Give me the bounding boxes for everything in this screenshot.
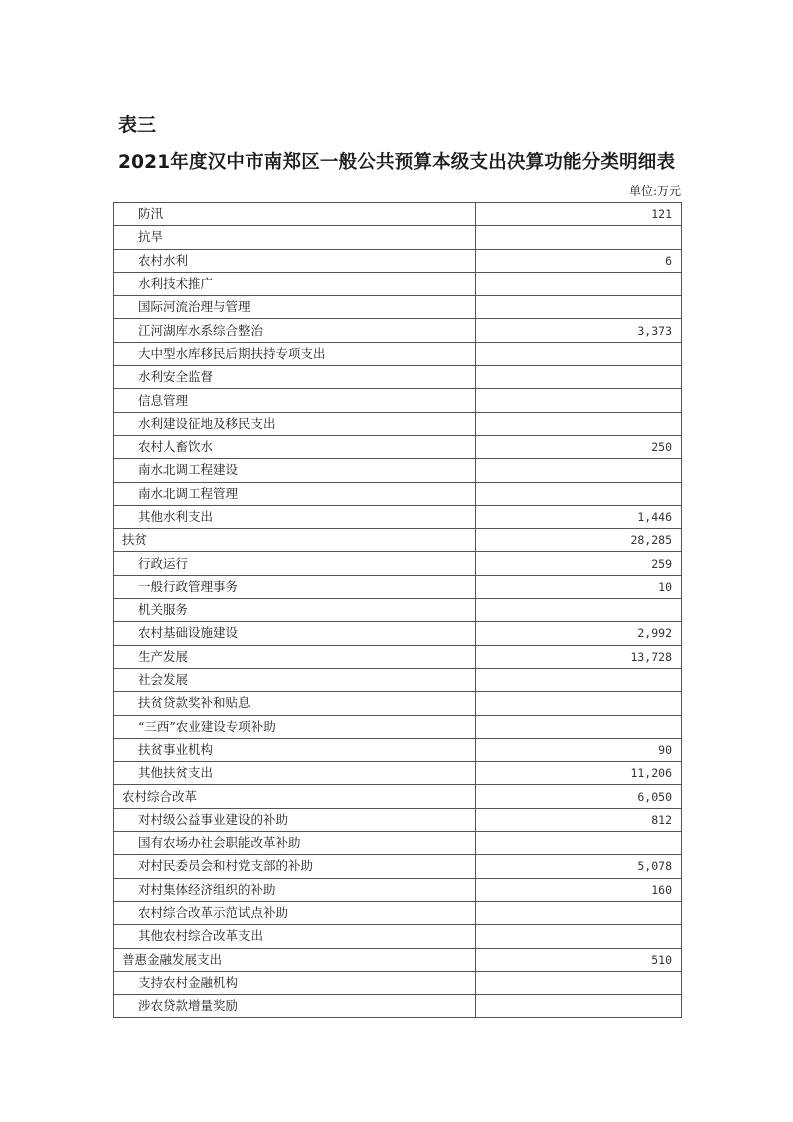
table-row: 支持农村金融机构 bbox=[114, 971, 682, 994]
amount-cell: 11,206 bbox=[476, 762, 682, 785]
amount-cell bbox=[476, 226, 682, 249]
category-name: 行政运行 bbox=[114, 553, 188, 575]
category-name: 信息管理 bbox=[114, 390, 188, 412]
category-cell: 扶贫 bbox=[114, 529, 476, 552]
table-row: 信息管理 bbox=[114, 389, 682, 412]
category-cell: 农村水利 bbox=[114, 249, 476, 272]
table-row: 南水北调工程建设 bbox=[114, 459, 682, 482]
category-name: 水利安全监督 bbox=[114, 366, 213, 388]
category-name: 水利技术推广 bbox=[114, 273, 213, 295]
table-row: 生产发展13,728 bbox=[114, 645, 682, 668]
category-cell: 社会发展 bbox=[114, 668, 476, 691]
category-name: 农村水利 bbox=[114, 250, 188, 272]
table-row: 涉农贷款增量奖励 bbox=[114, 995, 682, 1018]
category-cell: 其他水利支出 bbox=[114, 505, 476, 528]
table-row: 一般行政管理事务10 bbox=[114, 575, 682, 598]
table-row: 农村综合改革6,050 bbox=[114, 785, 682, 808]
amount-cell bbox=[476, 995, 682, 1018]
category-name: 农村综合改革示范试点补助 bbox=[114, 902, 288, 924]
amount-cell bbox=[476, 342, 682, 365]
amount-cell: 90 bbox=[476, 738, 682, 761]
category-cell: “三西”农业建设专项补助 bbox=[114, 715, 476, 738]
category-name: 南水北调工程建设 bbox=[114, 459, 238, 481]
amount-cell: 6,050 bbox=[476, 785, 682, 808]
category-cell: 其他扶贫支出 bbox=[114, 762, 476, 785]
category-cell: 扶贫事业机构 bbox=[114, 738, 476, 761]
table-row: 扶贫28,285 bbox=[114, 529, 682, 552]
category-name: 扶贫 bbox=[114, 529, 147, 551]
table-row: 国有农场办社会职能改革补助 bbox=[114, 832, 682, 855]
category-cell: 涉农贷款增量奖励 bbox=[114, 995, 476, 1018]
category-name: 机关服务 bbox=[114, 599, 188, 621]
amount-cell bbox=[476, 971, 682, 994]
table-row: 南水北调工程管理 bbox=[114, 482, 682, 505]
category-cell: 扶贫贷款奖补和贴息 bbox=[114, 692, 476, 715]
table-row: 社会发展 bbox=[114, 668, 682, 691]
amount-cell: 28,285 bbox=[476, 529, 682, 552]
amount-cell bbox=[476, 296, 682, 319]
expenditure-table: 防汛121抗旱农村水利6水利技术推广国际河流治理与管理江河湖库水系综合整治3,3… bbox=[113, 202, 682, 1018]
amount-cell bbox=[476, 925, 682, 948]
amount-cell bbox=[476, 482, 682, 505]
amount-cell bbox=[476, 901, 682, 924]
amount-cell bbox=[476, 412, 682, 435]
category-name: 对村集体经济组织的补助 bbox=[114, 879, 276, 901]
amount-cell bbox=[476, 389, 682, 412]
table-row: “三西”农业建设专项补助 bbox=[114, 715, 682, 738]
amount-cell bbox=[476, 366, 682, 389]
amount-cell: 510 bbox=[476, 948, 682, 971]
table-row: 行政运行259 bbox=[114, 552, 682, 575]
category-cell: 普惠金融发展支出 bbox=[114, 948, 476, 971]
category-cell: 农村综合改革 bbox=[114, 785, 476, 808]
amount-cell: 3,373 bbox=[476, 319, 682, 342]
table-row: 其他扶贫支出11,206 bbox=[114, 762, 682, 785]
category-name: 对村民委员会和村党支部的补助 bbox=[114, 855, 313, 877]
category-name: 水利建设征地及移民支出 bbox=[114, 413, 276, 435]
category-name: “三西”农业建设专项补助 bbox=[114, 716, 276, 738]
category-cell: 行政运行 bbox=[114, 552, 476, 575]
category-name: 国有农场办社会职能改革补助 bbox=[114, 832, 301, 854]
table-row: 抗旱 bbox=[114, 226, 682, 249]
category-cell: 对村集体经济组织的补助 bbox=[114, 878, 476, 901]
category-name: 农村人畜饮水 bbox=[114, 436, 213, 458]
amount-cell bbox=[476, 692, 682, 715]
category-name: 农村综合改革 bbox=[114, 786, 197, 808]
category-cell: 抗旱 bbox=[114, 226, 476, 249]
category-name: 江河湖库水系综合整治 bbox=[114, 320, 263, 342]
category-cell: 水利建设征地及移民支出 bbox=[114, 412, 476, 435]
category-name: 其他水利支出 bbox=[114, 506, 213, 528]
category-name: 防汛 bbox=[114, 203, 163, 225]
table-row: 对村集体经济组织的补助160 bbox=[114, 878, 682, 901]
table-row: 大中型水库移民后期扶持专项支出 bbox=[114, 342, 682, 365]
unit-label: 单位:万元 bbox=[629, 182, 681, 199]
table-row: 防汛121 bbox=[114, 203, 682, 226]
category-cell: 信息管理 bbox=[114, 389, 476, 412]
amount-cell bbox=[476, 459, 682, 482]
category-cell: 生产发展 bbox=[114, 645, 476, 668]
table-row: 水利安全监督 bbox=[114, 366, 682, 389]
category-cell: 农村基础设施建设 bbox=[114, 622, 476, 645]
category-name: 扶贫贷款奖补和贴息 bbox=[114, 692, 251, 714]
category-cell: 水利技术推广 bbox=[114, 272, 476, 295]
category-cell: 农村人畜饮水 bbox=[114, 435, 476, 458]
table-row: 国际河流治理与管理 bbox=[114, 296, 682, 319]
table-row: 扶贫事业机构90 bbox=[114, 738, 682, 761]
category-name: 国际河流治理与管理 bbox=[114, 296, 251, 318]
table-row: 江河湖库水系综合整治3,373 bbox=[114, 319, 682, 342]
amount-cell: 259 bbox=[476, 552, 682, 575]
category-cell: 南水北调工程建设 bbox=[114, 459, 476, 482]
category-cell: 江河湖库水系综合整治 bbox=[114, 319, 476, 342]
category-name: 对村级公益事业建设的补助 bbox=[114, 809, 288, 831]
category-cell: 农村综合改革示范试点补助 bbox=[114, 901, 476, 924]
category-cell: 一般行政管理事务 bbox=[114, 575, 476, 598]
amount-cell: 121 bbox=[476, 203, 682, 226]
table-row: 对村民委员会和村党支部的补助5,078 bbox=[114, 855, 682, 878]
category-cell: 国际河流治理与管理 bbox=[114, 296, 476, 319]
category-cell: 南水北调工程管理 bbox=[114, 482, 476, 505]
category-cell: 对村民委员会和村党支部的补助 bbox=[114, 855, 476, 878]
table-row: 普惠金融发展支出510 bbox=[114, 948, 682, 971]
category-name: 其他农村综合改革支出 bbox=[114, 925, 263, 947]
amount-cell bbox=[476, 668, 682, 691]
category-name: 扶贫事业机构 bbox=[114, 739, 213, 761]
category-cell: 大中型水库移民后期扶持专项支出 bbox=[114, 342, 476, 365]
amount-cell bbox=[476, 832, 682, 855]
table-number-label: 表三 bbox=[118, 110, 156, 137]
amount-cell: 250 bbox=[476, 435, 682, 458]
amount-cell: 10 bbox=[476, 575, 682, 598]
category-cell: 水利安全监督 bbox=[114, 366, 476, 389]
category-name: 普惠金融发展支出 bbox=[114, 949, 222, 971]
category-cell: 防汛 bbox=[114, 203, 476, 226]
table-row: 农村人畜饮水250 bbox=[114, 435, 682, 458]
category-cell: 机关服务 bbox=[114, 599, 476, 622]
category-name: 抗旱 bbox=[114, 226, 163, 248]
amount-cell: 2,992 bbox=[476, 622, 682, 645]
table-row: 水利技术推广 bbox=[114, 272, 682, 295]
table-body: 防汛121抗旱农村水利6水利技术推广国际河流治理与管理江河湖库水系综合整治3,3… bbox=[114, 203, 682, 1018]
amount-cell: 1,446 bbox=[476, 505, 682, 528]
category-cell: 其他农村综合改革支出 bbox=[114, 925, 476, 948]
category-name: 社会发展 bbox=[114, 669, 188, 691]
table-row: 其他水利支出1,446 bbox=[114, 505, 682, 528]
page-title: 2021年度汉中市南郑区一般公共预算本级支出决算功能分类明细表 bbox=[118, 148, 718, 174]
category-cell: 对村级公益事业建设的补助 bbox=[114, 808, 476, 831]
category-name: 一般行政管理事务 bbox=[114, 576, 238, 598]
category-name: 支持农村金融机构 bbox=[114, 972, 238, 994]
table-row: 农村基础设施建设2,992 bbox=[114, 622, 682, 645]
amount-cell bbox=[476, 715, 682, 738]
amount-cell bbox=[476, 272, 682, 295]
amount-cell bbox=[476, 599, 682, 622]
amount-cell: 160 bbox=[476, 878, 682, 901]
table-row: 水利建设征地及移民支出 bbox=[114, 412, 682, 435]
category-name: 农村基础设施建设 bbox=[114, 622, 238, 644]
table-row: 其他农村综合改革支出 bbox=[114, 925, 682, 948]
amount-cell: 13,728 bbox=[476, 645, 682, 668]
category-cell: 国有农场办社会职能改革补助 bbox=[114, 832, 476, 855]
table-row: 农村综合改革示范试点补助 bbox=[114, 901, 682, 924]
table-row: 扶贫贷款奖补和贴息 bbox=[114, 692, 682, 715]
amount-cell: 6 bbox=[476, 249, 682, 272]
table-row: 机关服务 bbox=[114, 599, 682, 622]
category-name: 生产发展 bbox=[114, 646, 188, 668]
category-name: 南水北调工程管理 bbox=[114, 483, 238, 505]
table-row: 对村级公益事业建设的补助812 bbox=[114, 808, 682, 831]
category-cell: 支持农村金融机构 bbox=[114, 971, 476, 994]
category-name: 其他扶贫支出 bbox=[114, 762, 213, 784]
table-row: 农村水利6 bbox=[114, 249, 682, 272]
amount-cell: 812 bbox=[476, 808, 682, 831]
amount-cell: 5,078 bbox=[476, 855, 682, 878]
category-name: 大中型水库移民后期扶持专项支出 bbox=[114, 343, 326, 365]
category-name: 涉农贷款增量奖励 bbox=[114, 995, 238, 1017]
